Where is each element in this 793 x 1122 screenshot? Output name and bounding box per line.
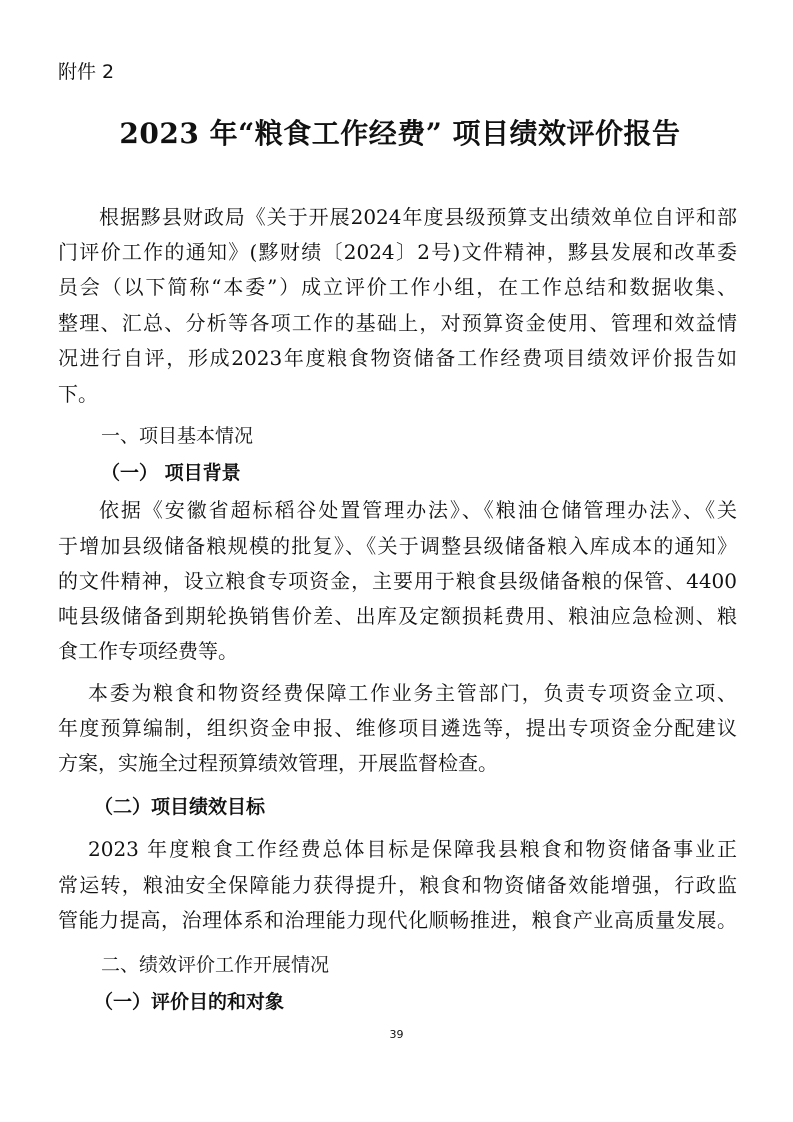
text-line: 管能力提高，治理体系和治理能力现代化顺畅推进，粮食产业高质量发展。: [58, 908, 737, 932]
subsection-heading-1-1: （一） 项目背景: [101, 461, 241, 485]
section-heading-1: 一、项目基本情况: [101, 424, 253, 448]
text-line: 况进行自评，形成2023年度粮食物资储备工作经费项目绩效评价报告如: [58, 346, 737, 370]
text-line: 常运转，粮油安全保障能力获得提升，粮食和物资储备效能增强，行政监: [58, 873, 737, 897]
attachment-label: 附件 2: [58, 60, 114, 84]
text-line: 根据黟县财政局《关于开展2024年度县级预算支出绩效单位自评和部: [99, 205, 737, 229]
text-line: 的文件精神，设立粮食专项资金，主要用于粮食县级储备粮的保管、4400: [58, 569, 737, 593]
section-heading-2: 二、绩效评价工作开展情况: [101, 953, 329, 977]
document-page: 附件 2 2023 年“粮食工作经费” 项目绩效评价报告 根据黟县财政局《关于开…: [0, 0, 793, 1122]
text-line: 于增加县级储备粮规模的批复》、《关于调整县级储备粮入库成本的通知》: [58, 534, 737, 558]
text-line: 吨县级储备到期轮换销售价差、出库及定额损耗费用、粮油应急检测、粮: [58, 604, 737, 628]
text-line: 食工作专项经费等。: [58, 639, 238, 663]
page-number: 39: [0, 1028, 793, 1042]
text-line: 本委为粮食和物资经费保障工作业务主管部门，负责专项资金立项、: [88, 681, 737, 705]
text-line: 员会（以下简称“本委”）成立评价工作小组，在工作总结和数据收集、: [58, 275, 737, 299]
text-line: 2023 年度粮食工作经费总体目标是保障我县粮食和物资储备事业正: [88, 837, 737, 861]
subsection-heading-2-1: （一）评价目的和对象: [94, 990, 284, 1014]
document-title: 2023 年“粮食工作经费” 项目绩效评价报告: [110, 117, 690, 151]
text-line: 下。: [58, 382, 98, 406]
text-line: 依据《安徽省超标稻谷处置管理办法》、《粮油仓储管理办法》、《关: [99, 498, 737, 522]
text-line: 门评价工作的通知》(黟财绩〔2024〕2号)文件精神，黟县发展和改革委: [58, 240, 737, 264]
subsection-heading-1-2: （二）项目绩效目标: [94, 795, 265, 819]
text-line: 年度预算编制，组织资金申报、维修项目遴选等，提出专项资金分配建议: [58, 716, 737, 740]
text-line: 方案，实施全过程预算绩效管理，开展监督检查。: [58, 751, 498, 775]
text-line: 整理、汇总、分析等各项工作的基础上，对预算资金使用、管理和效益情: [58, 311, 737, 335]
